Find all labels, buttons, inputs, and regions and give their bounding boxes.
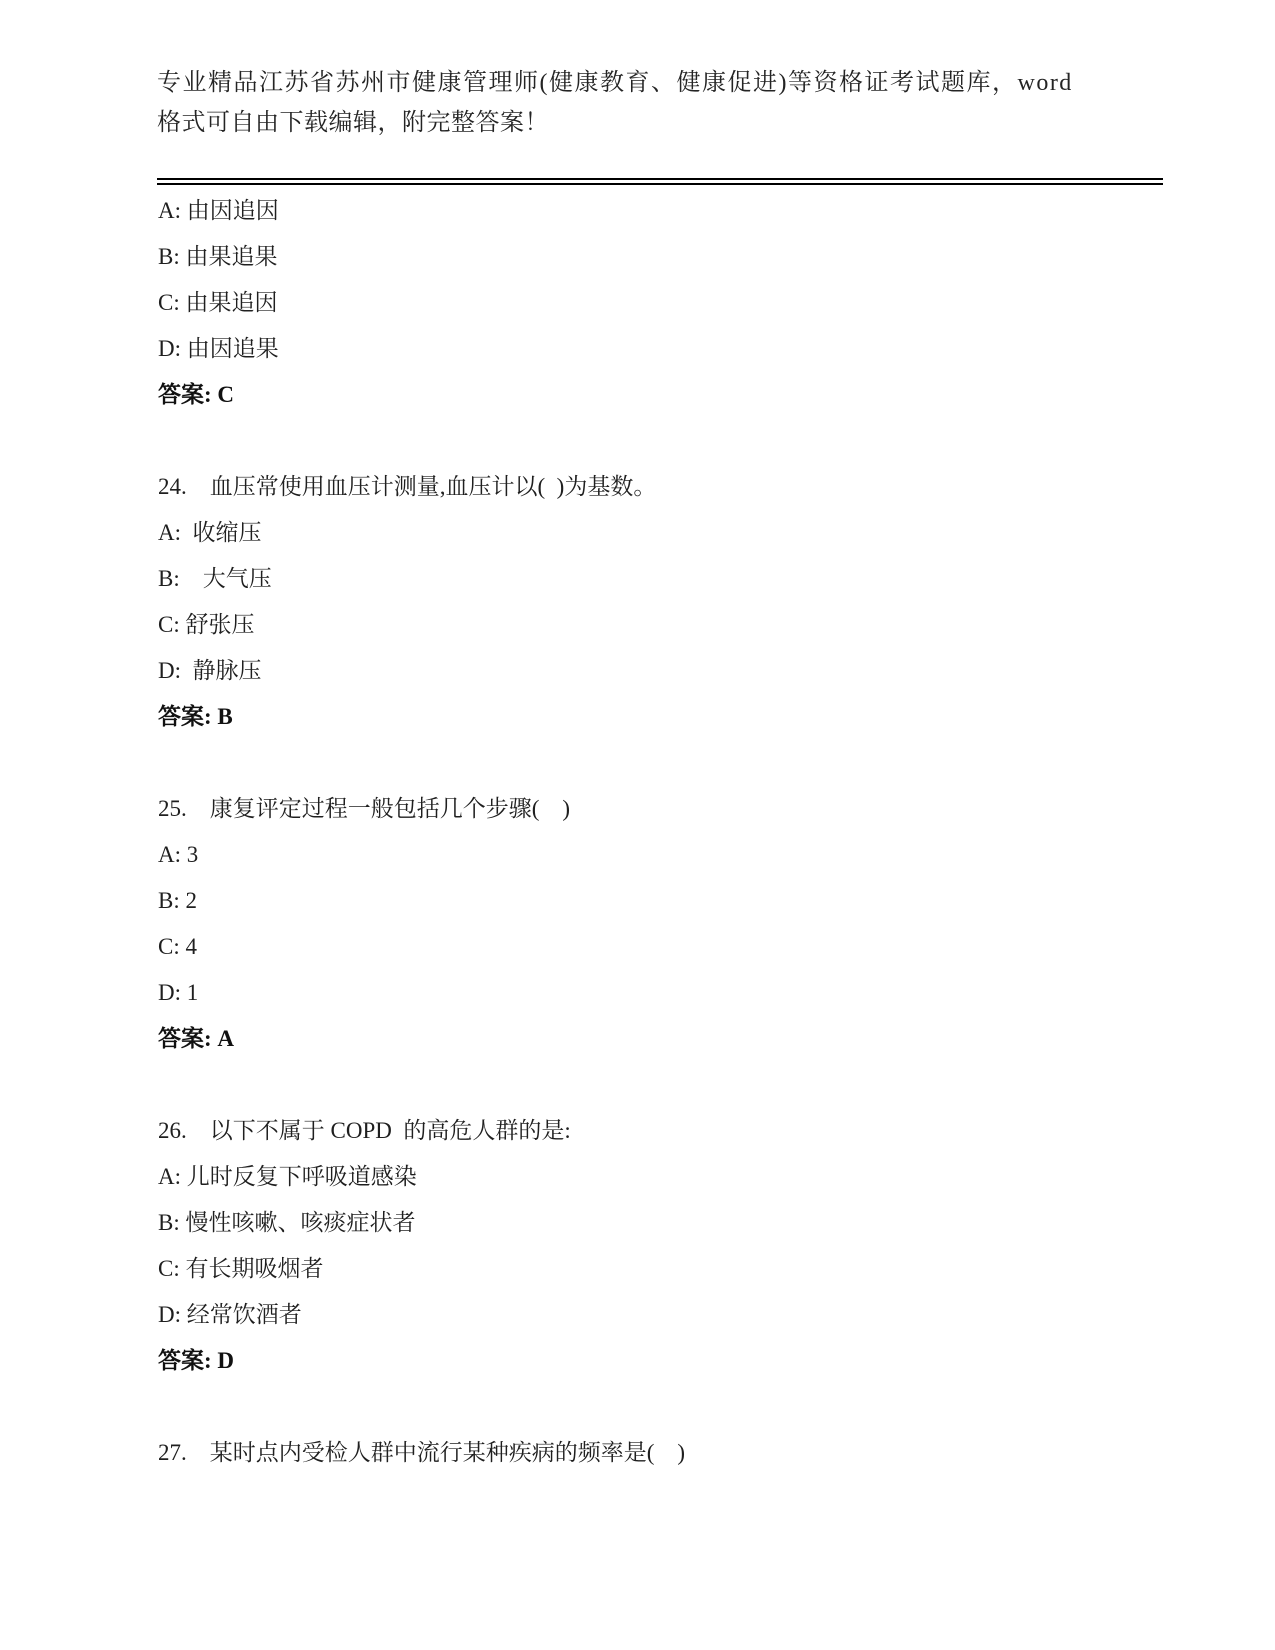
header-line-2: 格式可自由下载编辑，附完整答案！	[157, 103, 1117, 143]
question-block-26: 26. 以下不属于 COPD 的高危人群的是: A: 儿时反复下呼吸道感染 B:…	[158, 1108, 1168, 1384]
question-list: A: 由因追因 B: 由果追果 C: 由果追因 D: 由因追果 答案: C 24…	[158, 188, 1168, 1476]
option-line-b: B: 大气压	[158, 556, 1168, 602]
question-line: 24. 血压常使用血压计测量,血压计以( )为基数。	[158, 464, 1168, 510]
question-block-24: 24. 血压常使用血压计测量,血压计以( )为基数。 A: 收缩压 B: 大气压…	[158, 464, 1168, 740]
answer-line: 答案: C	[158, 372, 1168, 418]
answer-line: 答案: D	[158, 1338, 1168, 1384]
answer-line: 答案: B	[158, 694, 1168, 740]
option-line-a: A: 儿时反复下呼吸道感染	[158, 1154, 1168, 1200]
question-block-27: 27. 某时点内受检人群中流行某种疾病的频率是( )	[158, 1430, 1168, 1476]
option-line-d: D: 1	[158, 970, 1168, 1016]
option-line-c: C: 由果追因	[158, 280, 1168, 326]
question-line: 27. 某时点内受检人群中流行某种疾病的频率是( )	[158, 1430, 1168, 1476]
option-line-d: D: 静脉压	[158, 648, 1168, 694]
header-divider-rule	[157, 178, 1163, 185]
question-block-23-continued: A: 由因追因 B: 由果追果 C: 由果追因 D: 由因追果 答案: C	[158, 188, 1168, 418]
option-line-b: B: 慢性咳嗽、咳痰症状者	[158, 1200, 1168, 1246]
option-line-a: A: 收缩压	[158, 510, 1168, 556]
option-line-c: C: 有长期吸烟者	[158, 1246, 1168, 1292]
option-line-d: D: 由因追果	[158, 326, 1168, 372]
option-line-b: B: 由果追果	[158, 234, 1168, 280]
option-line-c: C: 4	[158, 924, 1168, 970]
option-line-a: A: 由因追因	[158, 188, 1168, 234]
option-line-a: A: 3	[158, 832, 1168, 878]
question-line: 25. 康复评定过程一般包括几个步骤( )	[158, 786, 1168, 832]
question-line: 26. 以下不属于 COPD 的高危人群的是:	[158, 1108, 1168, 1154]
header-line-1: 专业精品江苏省苏州市健康管理师(健康教育、健康促进)等资格证考试题库，word	[157, 63, 1117, 103]
page-header: 专业精品江苏省苏州市健康管理师(健康教育、健康促进)等资格证考试题库，word …	[157, 63, 1117, 143]
option-line-c: C: 舒张压	[158, 602, 1168, 648]
option-line-b: B: 2	[158, 878, 1168, 924]
question-block-25: 25. 康复评定过程一般包括几个步骤( ) A: 3 B: 2 C: 4 D: …	[158, 786, 1168, 1062]
document-page: 专业精品江苏省苏州市健康管理师(健康教育、健康促进)等资格证考试题库，word …	[0, 0, 1275, 1650]
answer-line: 答案: A	[158, 1016, 1168, 1062]
option-line-d: D: 经常饮酒者	[158, 1292, 1168, 1338]
